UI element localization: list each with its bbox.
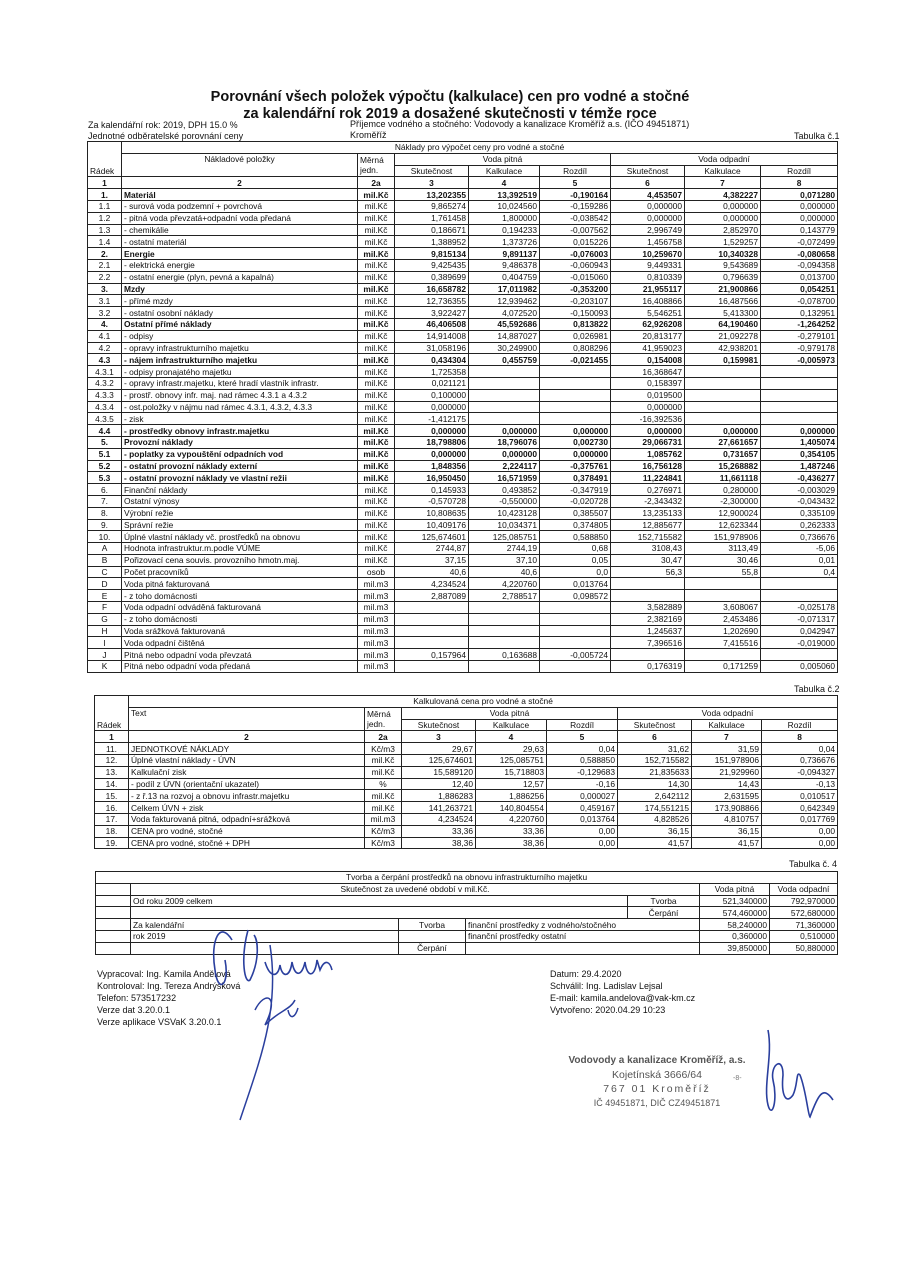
value-cell: -2,343432 <box>611 495 685 507</box>
value-cell: -0,072499 <box>761 236 838 248</box>
value-cell: 0,000000 <box>395 425 469 437</box>
value-cell: 64,190460 <box>685 318 761 330</box>
value-cell <box>540 401 611 413</box>
value-cell: 13,202355 <box>395 189 469 201</box>
value-cell <box>395 625 469 637</box>
row-label: - elektrická energie <box>122 259 358 271</box>
table-row: KPitná nebo odpadní voda předanámil.m30,… <box>88 661 838 673</box>
row-id: 4.3.1 <box>88 366 122 378</box>
value-cell: 1,848356 <box>395 460 469 472</box>
date: Datum: 29.4.2020 <box>550 968 695 980</box>
value-cell: -0,129683 <box>547 766 618 778</box>
value-cell: 125,085751 <box>469 531 540 543</box>
table-row: 4.3.5- ziskmil.Kč-1,412175-16,392536 <box>88 413 838 425</box>
value-cell: 16,368647 <box>611 366 685 378</box>
approved-by: Schválil: Ing. Ladislav Lejsal <box>550 980 695 992</box>
row-unit: mil.Kč <box>358 200 395 212</box>
value-cell: 21,835633 <box>618 766 692 778</box>
subheader-pitna-1: Kalkulace <box>476 719 547 731</box>
year-label-1: Za kalendářní <box>131 919 399 931</box>
table-row: 4.2- opravy infrastrukturního majetkumil… <box>88 342 838 354</box>
value-cell: -0,16 <box>547 778 618 790</box>
value-cell: 29,63 <box>476 743 547 755</box>
value-cell: 0,276971 <box>611 484 685 496</box>
value-cell: 0,017769 <box>762 813 838 825</box>
subheader-odpadni-2: Rozdíl <box>762 719 838 731</box>
value-cell: 0,042947 <box>761 625 838 637</box>
value-cell <box>611 649 685 661</box>
value-cell: 2,996749 <box>611 224 685 236</box>
value-cell: 21,955117 <box>611 283 685 295</box>
value-cell <box>540 625 611 637</box>
subheader-odpadni-1: Kalkulace <box>692 719 762 731</box>
table-row: 2.1- elektrická energiemil.Kč9,4254359,4… <box>88 259 838 271</box>
row-unit: mil.Kč <box>358 436 395 448</box>
row-id: 4.2 <box>88 342 122 354</box>
row-label: JEDNOTKOVÉ NÁKLADY <box>129 743 365 755</box>
value-cell <box>685 590 761 602</box>
row-id: 2. <box>88 248 122 260</box>
value-cell: -0,020728 <box>540 495 611 507</box>
value-cell: 0,000000 <box>611 425 685 437</box>
value-cell: 9,449331 <box>611 259 685 271</box>
subheader-odpadni-0: Skutečnost <box>611 165 685 177</box>
value-cell: -0,375761 <box>540 460 611 472</box>
value-cell: 2,852970 <box>685 224 761 236</box>
value-cell <box>685 377 761 389</box>
value-cell <box>761 389 838 401</box>
value-cell: 0,010517 <box>762 790 838 802</box>
table-row: 19.CENA pro vodné, stočné + DPHKč/m338,3… <box>95 837 838 849</box>
table-row: 4.3.3- prostř. obnovy infr. maj. nad rám… <box>88 389 838 401</box>
year-cerpani-pitna: 39,850000 <box>700 942 770 954</box>
value-cell: 10,808635 <box>395 507 469 519</box>
row-label: Energie <box>122 248 358 260</box>
value-cell: 125,674601 <box>395 531 469 543</box>
value-cell: 40,6 <box>469 566 540 578</box>
recipient-info: Příjemce vodného a stočného: Vodovody a … <box>350 119 689 130</box>
value-cell: 3,582889 <box>611 602 685 614</box>
row-label: - odpisy pronajatého majetku <box>122 366 358 378</box>
value-cell <box>685 649 761 661</box>
value-cell: 2,788517 <box>469 590 540 602</box>
value-cell: 152,715582 <box>618 754 692 766</box>
row-id: 4.3.5 <box>88 413 122 425</box>
value-cell <box>761 377 838 389</box>
stamp-street: Kojetínská 3666/64 <box>552 1068 762 1082</box>
empty-cell <box>131 942 399 954</box>
column-number: 7 <box>692 731 762 743</box>
value-cell <box>761 649 838 661</box>
table-row: 4.3- nájem infrastrukturního majetkumil.… <box>88 354 838 366</box>
value-cell: 7,396516 <box>611 637 685 649</box>
value-cell: 16,571959 <box>469 472 540 484</box>
row-unit: mil.m3 <box>358 637 395 649</box>
value-cell <box>395 613 469 625</box>
table-row: 18.CENA pro vodné, stočnéKč/m333,3633,36… <box>95 825 838 837</box>
value-cell <box>540 366 611 378</box>
fin-ostatni-label: finanční prostředky ostatní <box>466 930 700 942</box>
header-voda-odpadni: Voda odpadní <box>770 883 838 895</box>
row-label: - odpisy <box>122 330 358 342</box>
table-row: 4.3.1- odpisy pronajatého majetkumil.Kč1… <box>88 366 838 378</box>
value-cell: -0,094327 <box>762 766 838 778</box>
value-cell: 174,551215 <box>618 802 692 814</box>
value-cell <box>611 590 685 602</box>
value-cell: 0,013700 <box>761 271 838 283</box>
value-cell <box>469 613 540 625</box>
value-cell: 0,493852 <box>469 484 540 496</box>
value-cell: 56,3 <box>611 566 685 578</box>
table-row: 9.Správní režiemil.Kč10,40917610,0343710… <box>88 519 838 531</box>
value-cell: 0,335109 <box>761 507 838 519</box>
header-voda-pitna: Voda pitná <box>700 883 770 895</box>
column-number: 6 <box>618 731 692 743</box>
table-row: 4.1- odpisymil.Kč14,91400814,8870270,026… <box>88 330 838 342</box>
row-id: 1. <box>88 189 122 201</box>
row-label: - pitná voda převzatá+odpadní voda předa… <box>122 212 358 224</box>
value-cell: 20,813177 <box>611 330 685 342</box>
row-label: Kalkulační zisk <box>129 766 365 778</box>
row-unit: mil.Kč <box>358 318 395 330</box>
value-cell <box>540 602 611 614</box>
value-cell: 16,658782 <box>395 283 469 295</box>
value-cell: 0,159981 <box>685 354 761 366</box>
column-number: 2a <box>358 177 395 189</box>
t2-header-group-pitna: Voda pitná <box>402 707 618 719</box>
value-cell: 0,145933 <box>395 484 469 496</box>
row-label: Ostatní výnosy <box>122 495 358 507</box>
row-unit: mil.Kč <box>358 342 395 354</box>
value-cell: 0,000000 <box>395 448 469 460</box>
value-cell: 12,900024 <box>685 507 761 519</box>
row-unit: mil.Kč <box>358 460 395 472</box>
value-cell <box>469 661 540 673</box>
value-cell: 21,929960 <box>692 766 762 778</box>
year-cerpani-odpadni: 50,880000 <box>770 942 838 954</box>
value-cell: -0,190164 <box>540 189 611 201</box>
value-cell <box>395 602 469 614</box>
value-cell: 14,914008 <box>395 330 469 342</box>
table-row: 2.Energiemil.Kč9,8151349,891137-0,076003… <box>88 248 838 260</box>
empty-cell <box>96 883 131 895</box>
row-label: - poplatky za vypouštění odpadních vod <box>122 448 358 460</box>
empty-cell <box>131 907 628 919</box>
value-cell: 15,589120 <box>402 766 476 778</box>
table-row: JPitná nebo odpadní voda převzatámil.m30… <box>88 649 838 661</box>
since-cerpani-pitna: 574,460000 <box>700 907 770 919</box>
value-cell: -0,150093 <box>540 307 611 319</box>
value-cell: 0,171259 <box>685 661 761 673</box>
row-unit: mil.Kč <box>358 307 395 319</box>
header-row-number: Rádek <box>88 142 122 177</box>
row-unit: mil.Kč <box>358 283 395 295</box>
value-cell: 30,46 <box>685 554 761 566</box>
row-label: Výrobní režie <box>122 507 358 519</box>
column-number: 2a <box>365 731 402 743</box>
subheader-pitna-2: Rozdíl <box>547 719 618 731</box>
value-cell: 0,04 <box>547 743 618 755</box>
table-row: FVoda odpadní odváděná fakturovanámil.m3… <box>88 602 838 614</box>
row-unit: mil.m3 <box>358 649 395 661</box>
value-cell: 36,15 <box>618 825 692 837</box>
value-cell: 0,071280 <box>761 189 838 201</box>
value-cell: 0,588850 <box>540 531 611 543</box>
row-id: 16. <box>95 802 129 814</box>
row-unit: mil.Kč <box>358 389 395 401</box>
row-unit: mil.Kč <box>358 236 395 248</box>
row-label: Pitná nebo odpadní voda převzatá <box>122 649 358 661</box>
empty-cell <box>96 895 131 907</box>
empty-cell <box>96 930 131 942</box>
value-cell: 1,529257 <box>685 236 761 248</box>
value-cell <box>540 389 611 401</box>
value-cell <box>685 389 761 401</box>
email: E-mail: kamila.andelova@vak-km.cz <box>550 992 695 1004</box>
column-number: 1 <box>88 177 122 189</box>
value-cell: -0,13 <box>762 778 838 790</box>
value-cell: 0,000000 <box>761 200 838 212</box>
row-id: 2.2 <box>88 271 122 283</box>
value-cell: 13,235133 <box>611 507 685 519</box>
value-cell: 2,453486 <box>685 613 761 625</box>
value-cell: 29,67 <box>402 743 476 755</box>
value-cell: 0,163688 <box>469 649 540 661</box>
value-cell: -0,436277 <box>761 472 838 484</box>
table-row: 4.3.2- opravy infrastr.majetku, které hr… <box>88 377 838 389</box>
value-cell: -0,570728 <box>395 495 469 507</box>
value-cell: 0,4 <box>761 566 838 578</box>
value-cell: 0,00 <box>547 837 618 849</box>
row-label: - ostatní provozní náklady externí <box>122 460 358 472</box>
value-cell <box>761 401 838 413</box>
value-cell: 1,886256 <box>476 790 547 802</box>
value-cell <box>685 401 761 413</box>
row-id: 2.1 <box>88 259 122 271</box>
empty-cell <box>96 907 131 919</box>
row-unit: Kč/m3 <box>365 825 402 837</box>
row-id: 8. <box>88 507 122 519</box>
value-cell: 3108,43 <box>611 543 685 555</box>
value-cell: 45,592686 <box>469 318 540 330</box>
table-row: 16.Celkem ÚVN + ziskmil.Kč141,263721140,… <box>95 802 838 814</box>
value-cell: 0,176319 <box>611 661 685 673</box>
fin-vodne-label: finanční prostředky z vodného/stočného <box>466 919 700 931</box>
subheader-pitna-0: Skutečnost <box>402 719 476 731</box>
value-cell: 0,000000 <box>611 200 685 212</box>
value-cell: 4,382227 <box>685 189 761 201</box>
row-id: 4. <box>88 318 122 330</box>
row-id: 5.3 <box>88 472 122 484</box>
row-unit: mil.Kč <box>358 507 395 519</box>
value-cell: -0,021455 <box>540 354 611 366</box>
empty-cell <box>399 930 466 942</box>
since-cerpani-label: Čerpání <box>628 907 700 919</box>
row-id: B <box>88 554 122 566</box>
value-cell: -0,094358 <box>761 259 838 271</box>
empty-cell <box>96 919 131 931</box>
row-label: Materiál <box>122 189 358 201</box>
value-cell: -0,025178 <box>761 602 838 614</box>
table-row: 11.JEDNOTKOVÉ NÁKLADYKč/m329,6729,630,04… <box>95 743 838 755</box>
year-tvorba-vodne-odpadni: 71,360000 <box>770 919 838 931</box>
value-cell: 0,000000 <box>540 448 611 460</box>
value-cell: 3113,49 <box>685 543 761 555</box>
value-cell <box>469 413 540 425</box>
value-cell: 5,413300 <box>685 307 761 319</box>
value-cell: 0,000000 <box>761 425 838 437</box>
value-cell: 2,224117 <box>469 460 540 472</box>
value-cell: 40,6 <box>395 566 469 578</box>
row-id: 3. <box>88 283 122 295</box>
row-id: 14. <box>95 778 129 790</box>
row-unit: mil.Kč <box>365 754 402 766</box>
column-number: 5 <box>547 731 618 743</box>
value-cell: 0,158397 <box>611 377 685 389</box>
cost-items-table: Rádek Náklady pro výpočet ceny pro vodné… <box>87 141 838 673</box>
value-cell: 16,950450 <box>395 472 469 484</box>
value-cell: 62,926208 <box>611 318 685 330</box>
company-stamp: Vodovody a kanalizace Kroměříž, a.s. Koj… <box>552 1054 762 1110</box>
value-cell <box>540 377 611 389</box>
row-unit: % <box>365 778 402 790</box>
value-cell <box>761 366 838 378</box>
row-unit: mil.Kč <box>358 366 395 378</box>
row-id: D <box>88 578 122 590</box>
value-cell: 1,800000 <box>469 212 540 224</box>
table-row: 1.3- chemikáliemil.Kč0,1866710,194233-0,… <box>88 224 838 236</box>
value-cell <box>469 366 540 378</box>
value-cell: -1,412175 <box>395 413 469 425</box>
value-cell: 41,57 <box>692 837 762 849</box>
table-row: 5.Provozní nákladymil.Kč18,79880618,7960… <box>88 436 838 448</box>
value-cell: 9,865274 <box>395 200 469 212</box>
empty-cell <box>96 942 131 954</box>
table-row: DVoda pitná fakturovanámil.m34,2345244,2… <box>88 578 838 590</box>
row-id: C <box>88 566 122 578</box>
table1-label: Tabulka č.1 <box>794 131 840 141</box>
empty-cell <box>466 942 700 954</box>
row-label: - chemikálie <box>122 224 358 236</box>
value-cell <box>469 377 540 389</box>
row-id: 9. <box>88 519 122 531</box>
value-cell: 0,455759 <box>469 354 540 366</box>
row-label: - z ř.13 na rozvoj a obnovu infrastr.maj… <box>129 790 365 802</box>
t2-header-row-number: Rádek <box>95 696 129 731</box>
value-cell: 1,886283 <box>402 790 476 802</box>
value-cell: 151,978906 <box>685 531 761 543</box>
row-label: - surová voda podzemní + povrchová <box>122 200 358 212</box>
row-label: Finanční náklady <box>122 484 358 496</box>
row-unit: mil.Kč <box>358 495 395 507</box>
value-cell: 4,810757 <box>692 813 762 825</box>
value-cell: 0,005060 <box>761 661 838 673</box>
value-cell: 2,382169 <box>611 613 685 625</box>
row-label: Voda odpadní odváděná fakturovaná <box>122 602 358 614</box>
value-cell <box>395 637 469 649</box>
row-id: H <box>88 625 122 637</box>
value-cell: -0,005724 <box>540 649 611 661</box>
value-cell: 4,220760 <box>476 813 547 825</box>
value-cell: 0,262333 <box>761 519 838 531</box>
document-title-line1: Porovnání všech položek výpočtu (kalkula… <box>0 89 900 106</box>
row-label: - ost.položky v nájmu nad rámec 4.3.1, 4… <box>122 401 358 413</box>
value-cell: 15,718803 <box>476 766 547 778</box>
stamp-company: Vodovody a kanalizace Kroměříž, a.s. <box>552 1054 762 1068</box>
value-cell: 15,268882 <box>685 460 761 472</box>
value-cell: 10,340328 <box>685 248 761 260</box>
value-cell: -0,015060 <box>540 271 611 283</box>
column-number: 3 <box>395 177 469 189</box>
value-cell: -0,003029 <box>761 484 838 496</box>
value-cell: 9,543689 <box>685 259 761 271</box>
value-cell: 1,085762 <box>611 448 685 460</box>
table-row: 1.2- pitná voda převzatá+odpadní voda př… <box>88 212 838 224</box>
column-number: 5 <box>540 177 611 189</box>
subheader-odpadni-1: Kalkulace <box>685 165 761 177</box>
row-unit: mil.Kč <box>358 543 395 555</box>
table-row: G- z toho domácnostimil.m32,3821692,4534… <box>88 613 838 625</box>
table-row: 6.Finanční nákladymil.Kč0,1459330,493852… <box>88 484 838 496</box>
table-row: 5.1- poplatky za vypouštění odpadních vo… <box>88 448 838 460</box>
value-cell: 0,054251 <box>761 283 838 295</box>
value-cell: 0,000000 <box>685 200 761 212</box>
value-cell: 0,00 <box>762 837 838 849</box>
row-label: - ostatní osobní náklady <box>122 307 358 319</box>
value-cell: 0,000000 <box>469 448 540 460</box>
table2-caption: Kalkulovaná cena pro vodné a stočné <box>129 696 838 708</box>
stamp-mark: -8- <box>733 1075 742 1082</box>
value-cell: 9,425435 <box>395 259 469 271</box>
value-cell: 29,066731 <box>611 436 685 448</box>
row-id: 19. <box>95 837 129 849</box>
row-unit: mil.Kč <box>358 189 395 201</box>
row-label: Ostatní přímé náklady <box>122 318 358 330</box>
value-cell <box>685 413 761 425</box>
prepared-by-block: Vypracoval: Ing. Kamila Andělová Kontrol… <box>97 968 240 1028</box>
approval-block: Datum: 29.4.2020 Schválil: Ing. Ladislav… <box>550 968 695 1016</box>
row-id: 1.1 <box>88 200 122 212</box>
value-cell: 0,389699 <box>395 271 469 283</box>
value-cell: 12,57 <box>476 778 547 790</box>
row-unit: mil.Kč <box>358 259 395 271</box>
value-cell: 9,891137 <box>469 248 540 260</box>
table-row: 1.4- ostatní materiálmil.Kč1,3889521,373… <box>88 236 838 248</box>
table-row: 14.- podíl z ÚVN (orientační ukazatel)%1… <box>95 778 838 790</box>
row-label: CENA pro vodné, stočné <box>129 825 365 837</box>
value-cell: 0,385507 <box>540 507 611 519</box>
value-cell: 0,000000 <box>611 401 685 413</box>
value-cell: 9,486378 <box>469 259 540 271</box>
value-cell: 1,388952 <box>395 236 469 248</box>
value-cell: 0,000000 <box>540 425 611 437</box>
row-label: Úplné vlastní náklady - ÚVN <box>129 754 365 766</box>
value-cell: 0,68 <box>540 543 611 555</box>
column-number: 8 <box>761 177 838 189</box>
value-cell: 0,374805 <box>540 519 611 531</box>
value-cell: 0,000000 <box>685 425 761 437</box>
value-cell: 1,725358 <box>395 366 469 378</box>
table-row: 3.Mzdymil.Kč16,65878217,011982-0,3532002… <box>88 283 838 295</box>
subheader-pitna-2: Rozdíl <box>540 165 611 177</box>
row-id: 4.3.4 <box>88 401 122 413</box>
row-unit: mil.Kč <box>358 519 395 531</box>
value-cell <box>540 613 611 625</box>
row-label: Správní režie <box>122 519 358 531</box>
row-label: Pitná nebo odpadní voda předaná <box>122 661 358 673</box>
prepared-by: Vypracoval: Ing. Kamila Andělová <box>97 968 240 980</box>
value-cell: 1,761458 <box>395 212 469 224</box>
